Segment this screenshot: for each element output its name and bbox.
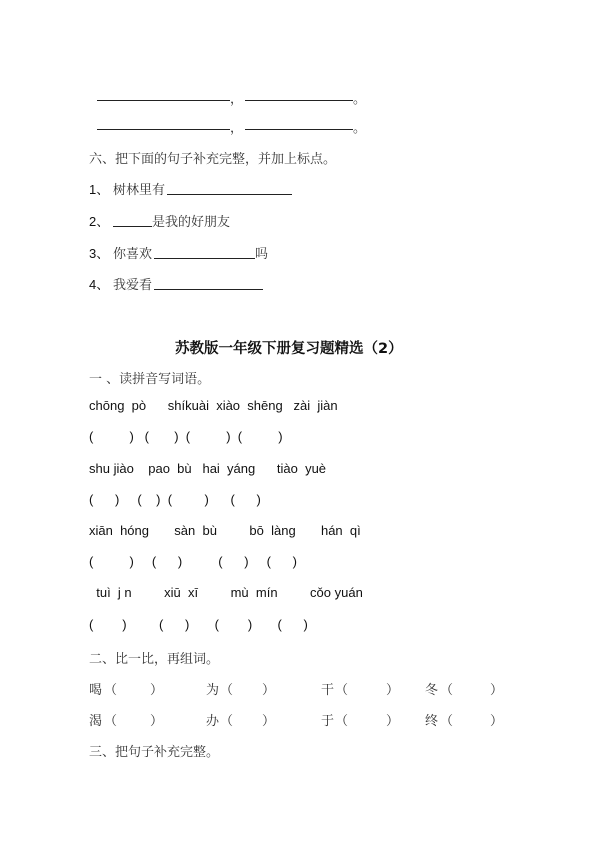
item-number: 2、 (89, 211, 109, 230)
paren-close[interactable]: ） (150, 710, 163, 729)
pinyin-row-2: shu jiào pao bù hai yáng tiào yuè (89, 461, 326, 476)
answer-parens-row-1[interactable]: ( ) ( ) ( ) ( ) (89, 429, 283, 444)
blank-line[interactable] (97, 100, 230, 101)
pinyin-row-3: xiān hóng sàn bù bō làng hán qì (89, 523, 361, 538)
blank-line[interactable] (245, 100, 353, 101)
char: 为 (206, 679, 219, 698)
paren-close[interactable]: ） (386, 679, 399, 698)
section1-heading: 一 、读拼音写词语。 (89, 368, 210, 387)
char: 冬 (425, 679, 438, 698)
answer-blank[interactable] (154, 289, 263, 290)
paren-open[interactable]: （ (335, 679, 348, 698)
char: 办 (206, 710, 219, 729)
char: 喝 (89, 679, 102, 698)
item-number: 1、 (89, 179, 109, 198)
paren-close[interactable]: ） (386, 710, 399, 729)
paren-open[interactable]: （ (335, 710, 348, 729)
blank-line[interactable] (245, 129, 353, 130)
section2-heading: 二、比一比，再组词。 (89, 648, 219, 667)
comma: ， (230, 117, 243, 136)
section3-heading: 三、把句子补充完整。 (89, 741, 219, 760)
section6-heading: 六、把下面的句子补充完整，并加上标点。 (89, 148, 336, 167)
answer-blank[interactable] (167, 194, 292, 195)
paren-open[interactable]: （ (104, 679, 117, 698)
paren-open[interactable]: （ (104, 710, 117, 729)
pinyin-row-1: chōng pò shíkuài xiào shēng zài jiàn (89, 398, 338, 413)
paren-close[interactable]: ） (490, 679, 503, 698)
comma: ， (230, 88, 243, 107)
answer-parens-row-3[interactable]: ( ) ( ) ( ) ( ) (89, 554, 297, 569)
item-text: 我爱看 (113, 274, 152, 293)
paren-open[interactable]: （ (220, 710, 233, 729)
answer-parens-row-4[interactable]: ( ) ( ) ( ) ( ) (89, 617, 308, 632)
item-text-end: 吗 (255, 243, 268, 262)
char: 渴 (89, 710, 102, 729)
answer-parens-row-2[interactable]: ( ) ( ) ( ) ( ) (89, 492, 261, 507)
char: 于 (321, 710, 334, 729)
char: 终 (425, 710, 438, 729)
paren-open[interactable]: （ (440, 710, 453, 729)
page-title: 苏教版一年级下册复习题精选（2） (175, 337, 403, 358)
item-number: 3、 (89, 243, 109, 262)
paren-open[interactable]: （ (220, 679, 233, 698)
paren-open[interactable]: （ (440, 679, 453, 698)
pinyin-row-4: tuì j n xiū xī mù mín cǒo yuán (89, 585, 363, 600)
item-number: 4、 (89, 274, 109, 293)
paren-close[interactable]: ） (150, 679, 163, 698)
paren-close[interactable]: ） (262, 710, 275, 729)
period: 。 (353, 88, 366, 107)
char: 干 (321, 679, 334, 698)
paren-close[interactable]: ） (490, 710, 503, 729)
item-text: 树林里有 (113, 179, 165, 198)
answer-blank[interactable] (154, 258, 255, 259)
paren-close[interactable]: ） (262, 679, 275, 698)
item-text: 是我的好朋友 (152, 211, 230, 230)
answer-blank[interactable] (113, 226, 152, 227)
period: 。 (353, 117, 366, 136)
item-text: 你喜欢 (113, 243, 152, 262)
blank-line[interactable] (97, 129, 230, 130)
